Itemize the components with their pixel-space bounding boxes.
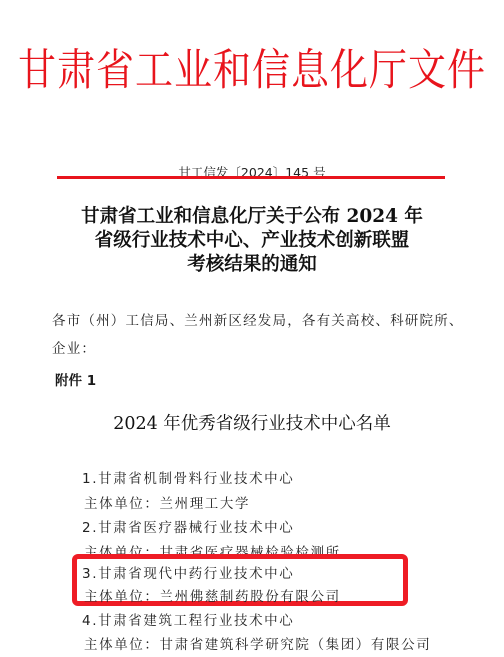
list-item-4-name: 4.甘肃省建筑工程行业技术中心	[82, 609, 294, 629]
masthead-divider	[57, 176, 445, 179]
annex-label: 附件 1	[55, 369, 96, 389]
document-title-line-3: 考核结果的通知	[0, 253, 504, 277]
recipients-line-1: 各市（州）工信局、兰州新区经发局，各有关高校、科研院所、	[52, 309, 464, 329]
recipients-line-2: 企业：	[52, 337, 96, 357]
list-item-2-name: 2.甘肃省医疗器械行业技术中心	[82, 516, 294, 536]
document-title-line-2: 省级行业技术中心、产业技术创新联盟	[0, 229, 504, 253]
document-title-line-1: 甘肃省工业和信息化厅关于公布 2024 年	[0, 205, 504, 229]
document-masthead: 甘肃省工业和信息化厅文件	[0, 45, 504, 96]
list-item-3-name: 3.甘肃省现代中药行业技术中心	[82, 562, 294, 582]
list-item-1-name: 1.甘肃省机制骨料行业技术中心	[82, 467, 294, 487]
list-item-4-host: 主体单位：甘肃省建筑科学研究院（集团）有限公司	[84, 633, 431, 653]
list-item-3-host: 主体单位：兰州佛慈制药股份有限公司	[84, 585, 341, 605]
list-title: 2024 年优秀省级行业技术中心名单	[0, 410, 504, 435]
list-item-1-host: 主体单位：兰州理工大学	[84, 492, 250, 512]
